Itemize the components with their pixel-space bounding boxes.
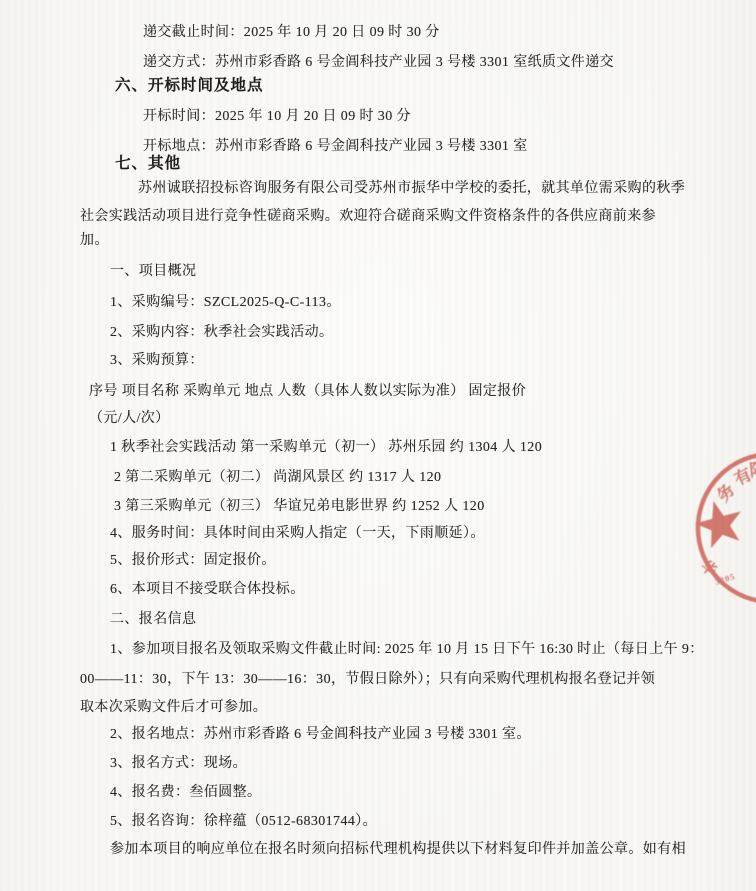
doc-line-intro-2: 社会实践活动项目进行竞争性磋商采购。欢迎符合磋商采购文件资格条件的各供应商前来参 [80, 206, 686, 228]
official-seal-stamp: 务 有 限 华 3205 [694, 449, 756, 607]
doc-line-no-consortium: 6、本项目不接受联合体投标。 [80, 579, 686, 601]
seal-ring [698, 454, 756, 602]
doc-line-procure-content: 2、采购内容：秋季社会实践活动。 [80, 322, 686, 344]
table-row-3: 3 第三采购单元（初三） 华谊兄弟电影世界 约 1252 人 120 [80, 496, 686, 518]
doc-line-submit-method: 递交方式：苏州市彩香路 6 号金阊科技产业园 3 号楼 3301 室纸质文件递交 [80, 52, 686, 74]
doc-line-signup-fee: 4、报名费：叁佰圆整。 [80, 782, 686, 804]
seal-graphic: 务 有 限 华 3205 [695, 454, 756, 602]
doc-line-signup-deadline-3: 取本次采购文件后才可参加。 [80, 697, 686, 719]
doc-line-submit-deadline: 递交截止时间：2025 年 10 月 20 日 09 时 30 分 [80, 22, 686, 44]
doc-line-open-time: 开标时间：2025 年 10 月 20 日 09 时 30 分 [80, 106, 686, 128]
doc-line-signup-contact: 5、报名咨询：徐梓蕴（0512-68301744）。 [80, 811, 686, 833]
table-row-2: 2 第二采购单元（初二） 尚湖风景区 约 1317 人 120 [80, 467, 686, 489]
section-heading-overview: 一、项目概况 [80, 261, 686, 283]
section-heading-six: 六、开标时间及地点 [80, 75, 686, 97]
doc-line-quote-form: 5、报价形式：固定报价。 [80, 550, 686, 572]
scanned-document-page: 递交截止时间：2025 年 10 月 20 日 09 时 30 分 递交方式：苏… [0, 0, 756, 891]
section-heading-signup: 二、报名信息 [80, 609, 686, 631]
doc-line-intro-1: 苏州诚联招投标咨询服务有限公司受苏州市振华中学校的委托，就其单位需采购的秋季 [80, 178, 686, 200]
seal-serial-number: 3205 [714, 571, 737, 587]
doc-line-intro-3: 加。 [80, 230, 686, 252]
doc-line-signup-method: 3、报名方式：现场。 [80, 753, 686, 775]
table-header-row: 序号 项目名称 采购单元 地点 人数（具体人数以实际为准） 固定报价 [80, 381, 686, 403]
doc-line-materials-note: 参加本项目的响应单位在报名时须向招标代理机构提供以下材料复印件并加盖公章。如有相 [80, 839, 686, 861]
seal-arc-char: 限 [749, 460, 756, 481]
doc-line-signup-place: 2、报名地点：苏州市彩香路 6 号金阊科技产业园 3 号楼 3301 室。 [80, 724, 686, 746]
table-row-1: 1 秋季社会实践活动 第一采购单元（初一） 苏州乐园 约 1304 人 120 [80, 437, 686, 459]
doc-line-signup-deadline-1: 1、参加项目报名及领取采购文件截止时间: 2025 年 10 月 15 日下午 … [80, 639, 686, 661]
seal-star-icon [695, 501, 741, 548]
doc-line-procure-no: 1、采购编号：SZCL2025-Q-C-113。 [80, 292, 686, 314]
doc-line-procure-budget: 3、采购预算： [80, 350, 686, 372]
seal-bottom-char: 华 [697, 556, 720, 579]
doc-line-signup-deadline-2: 00——11：30，下午 13：30——16：30，节假日除外）；只有向采购代理… [80, 669, 686, 691]
section-heading-seven: 七、其他 [80, 153, 686, 175]
doc-line-service-time: 4、服务时间：具体时间由采购人指定（一天，下雨顺延）。 [80, 523, 686, 545]
seal-arc-char: 务 [713, 480, 739, 506]
seal-arc-char: 有 [731, 464, 755, 489]
table-header-unit: （元/人/次） [80, 408, 686, 430]
